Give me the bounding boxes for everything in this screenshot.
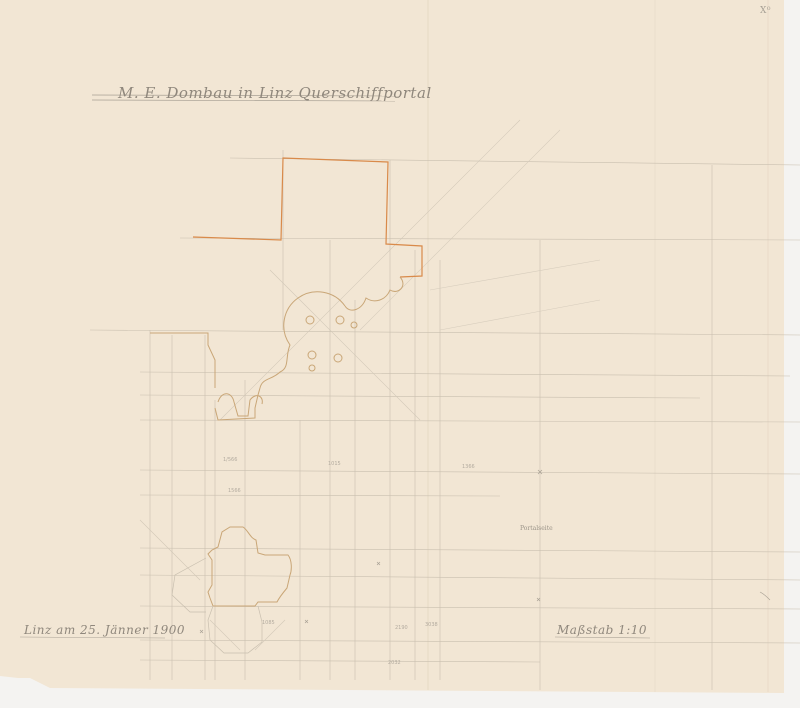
- dimension-label: 3038: [425, 622, 438, 628]
- date-annotation: Linz am 25. Jänner 1900: [24, 623, 185, 637]
- dimension-label: 1/566: [223, 457, 237, 463]
- dimension-label: 1566: [228, 488, 241, 494]
- paper: [0, 0, 784, 693]
- drawing-sheet: X⁰ M. E. Dombau in Linz Querschiffportal…: [0, 0, 800, 708]
- dimension-label: 1015: [328, 461, 341, 467]
- dimension-label: 1366: [462, 464, 475, 470]
- sheet-number: X⁰: [760, 6, 771, 16]
- portal-side-label: Portalseite: [520, 525, 553, 532]
- drawing-title: M. E. Dombau in Linz Querschiffportal: [118, 84, 432, 102]
- plan-drawing: [0, 0, 800, 708]
- dimension-label: 2032: [388, 660, 401, 666]
- dimension-label: 1085: [262, 620, 275, 626]
- dimension-label: 2190: [395, 625, 408, 631]
- scale-annotation: Maßstab 1:10: [557, 623, 647, 637]
